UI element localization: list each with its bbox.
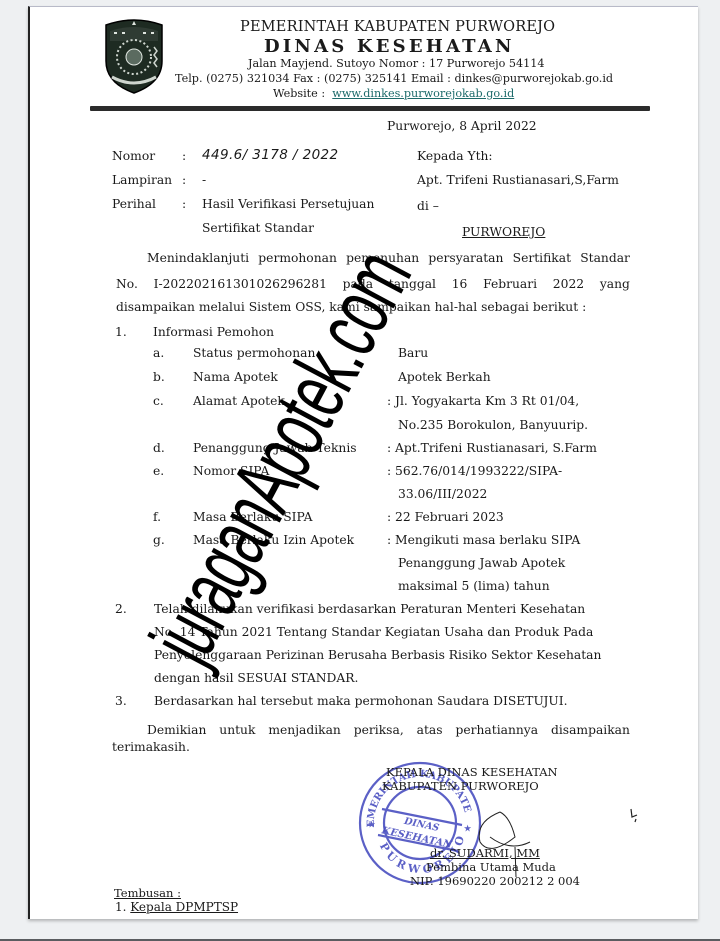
detail-label: Nama Apotek <box>193 370 278 384</box>
word: yang <box>600 277 630 291</box>
detail-letter: g. <box>153 533 165 547</box>
word: No. <box>116 277 138 291</box>
detail-value: Apotek Berkah <box>398 370 491 384</box>
signer-title-1: KEPALA DINAS KESEHATAN <box>386 765 558 779</box>
word: periksa, <box>354 723 404 737</box>
word: tanggal <box>389 277 436 291</box>
letterhead-contact: Telp. (0275) 321034 Fax : (0275) 325141 … <box>175 72 613 85</box>
word: permohonan <box>258 251 337 265</box>
signer-nip: NIP. 19690220 200212 2 004 <box>410 874 580 888</box>
letter-date: Purworejo, 8 April 2022 <box>387 119 537 133</box>
nomor-value: 449.6/ 3178 / 2022 <box>202 147 339 163</box>
detail-label: Masa Berlaku Izin Apotek <box>193 533 354 547</box>
lampiran-colon: : <box>182 173 186 187</box>
word: Februari <box>483 277 537 291</box>
tembusan-item-text: Kepala DPMPTSP <box>130 900 238 914</box>
detail-letter: f. <box>153 510 161 524</box>
detail-letter: c. <box>153 394 164 408</box>
item1-number: 1. <box>115 325 127 339</box>
letterhead-address: Jalan Mayjend. Sutoyo Nomor : 17 Purwore… <box>248 57 545 70</box>
detail-label: Status permohonan <box>193 346 315 360</box>
word: persyaratan <box>428 251 503 265</box>
nomor-colon: : <box>182 149 186 163</box>
letterhead-government: PEMERINTAH KABUPATEN PURWOREJO <box>240 19 555 35</box>
nomor-label: Nomor <box>112 149 155 163</box>
word: Menindaklanjuti <box>147 251 249 265</box>
recipient-city: PURWOREJO <box>462 225 545 239</box>
website-link[interactable]: www.dinkes.purworejokab.go.id <box>332 87 514 100</box>
detail-letter: e. <box>153 464 164 478</box>
item2-line: Penyelenggaraan Perizinan Berusaha Berba… <box>154 648 601 662</box>
word: menjadikan <box>268 723 341 737</box>
recipient-di: di – <box>417 199 439 213</box>
detail-label: Penanggung Jawab Teknis <box>193 441 357 455</box>
detail-value-cont: maksimal 5 (lima) tahun <box>398 579 550 593</box>
signer-name-text: dr. SUDARMI, MM <box>430 846 540 860</box>
detail-value: : Apt.Trifeni Rustianasari, S.Farm <box>387 441 597 455</box>
word: pada <box>343 277 373 291</box>
word: perhatiannya <box>455 723 538 737</box>
letterhead-agency: DINAS KESEHATAN <box>264 36 515 57</box>
letterhead-website: Website : www.dinkes.purworejokab.go.id <box>273 87 514 100</box>
word: 2022 <box>553 277 584 291</box>
detail-label: Masa Berlaku SIPA <box>193 510 313 524</box>
detail-label: Alamat Apotek <box>193 394 285 408</box>
signer-name: dr. SUDARMI, MM <box>430 846 540 860</box>
tembusan-label: Tembusan : <box>114 886 181 900</box>
word: atas <box>417 723 443 737</box>
detail-value: Baru <box>398 346 428 360</box>
detail-letter: d. <box>153 441 165 455</box>
detail-value-cont: No.235 Borokulon, Banyuurip. <box>398 418 588 432</box>
detail-value: : Jl. Yogyakarta Km 3 Rt 01/04, <box>387 394 579 408</box>
detail-value-cont: 33.06/III/2022 <box>398 487 487 501</box>
lampiran-label: Lampiran <box>112 173 172 187</box>
tembusan-item-number: 1. <box>115 900 126 914</box>
paraf-mark-icon <box>628 807 640 823</box>
recipient-name: Apt. Trifeni Rustianasari,S,Farm <box>417 173 619 187</box>
closing-line-1: Demikian untuk menjadikan periksa, atas … <box>147 723 630 737</box>
svg-text:★: ★ <box>368 819 376 829</box>
word: I-202202161301026296281 <box>154 277 327 291</box>
word: disampaikan <box>551 723 630 737</box>
lampiran-value: - <box>202 173 206 187</box>
item2-line: No. 14 Tahun 2021 Tentang Standar Kegiat… <box>154 625 593 639</box>
word: 16 <box>452 277 468 291</box>
letter-page: PEMERINTAH KABUPATEN PURWOREJO DINAS KES… <box>28 6 698 919</box>
recipient-greeting: Kepada Yth: <box>417 149 493 163</box>
word: Standar <box>580 251 630 265</box>
item3-number: 3. <box>115 694 127 708</box>
closing-line-2: terimakasih. <box>112 740 190 754</box>
word: Sertifikat <box>513 251 571 265</box>
website-label: Website : <box>273 87 325 100</box>
item3-text: Berdasarkan hal tersebut maka permohonan… <box>154 694 568 708</box>
detail-letter: b. <box>153 370 165 384</box>
detail-value: : 22 Februari 2023 <box>387 510 504 524</box>
signer-rank: Pembina Utama Muda <box>426 860 556 874</box>
detail-letter: a. <box>153 346 164 360</box>
intro-line-1: Menindaklanjuti permohonan pemenuhan per… <box>147 251 630 265</box>
item2-number: 2. <box>115 602 127 616</box>
perihal-colon: : <box>182 197 186 211</box>
signer-title-2: KABUPATEN PURWOREJO <box>382 779 539 793</box>
regency-emblem-icon <box>100 17 168 95</box>
perihal-value-2: Sertifikat Standar <box>202 221 314 235</box>
item2-line: Telah dilakukan verifikasi berdasarkan P… <box>154 602 585 616</box>
detail-value-cont: Penanggung Jawab Apotek <box>398 556 565 570</box>
tembusan-label-text: Tembusan : <box>114 886 181 900</box>
detail-value: : Mengikuti masa berlaku SIPA <box>387 533 580 547</box>
letterhead-divider <box>90 106 650 111</box>
tembusan-item: 1. Kepala DPMPTSP <box>115 900 238 914</box>
perihal-label: Perihal <box>112 197 156 211</box>
item2-line: dengan hasil SESUAI STANDAR. <box>154 671 358 685</box>
word: pemenuhan <box>346 251 419 265</box>
intro-line-2: No. I-202202161301026296281 pada tanggal… <box>116 277 630 291</box>
intro-line-3: disampaikan melalui Sistem OSS, kami sam… <box>116 300 586 314</box>
detail-value: : 562.76/014/1993222/SIPA- <box>387 464 562 478</box>
detail-label: Nomor SIPA <box>193 464 269 478</box>
word: Demikian <box>147 723 206 737</box>
word: untuk <box>219 723 255 737</box>
perihal-value-1: Hasil Verifikasi Persetujuan <box>202 197 374 211</box>
item1-title: Informasi Pemohon <box>153 325 274 339</box>
